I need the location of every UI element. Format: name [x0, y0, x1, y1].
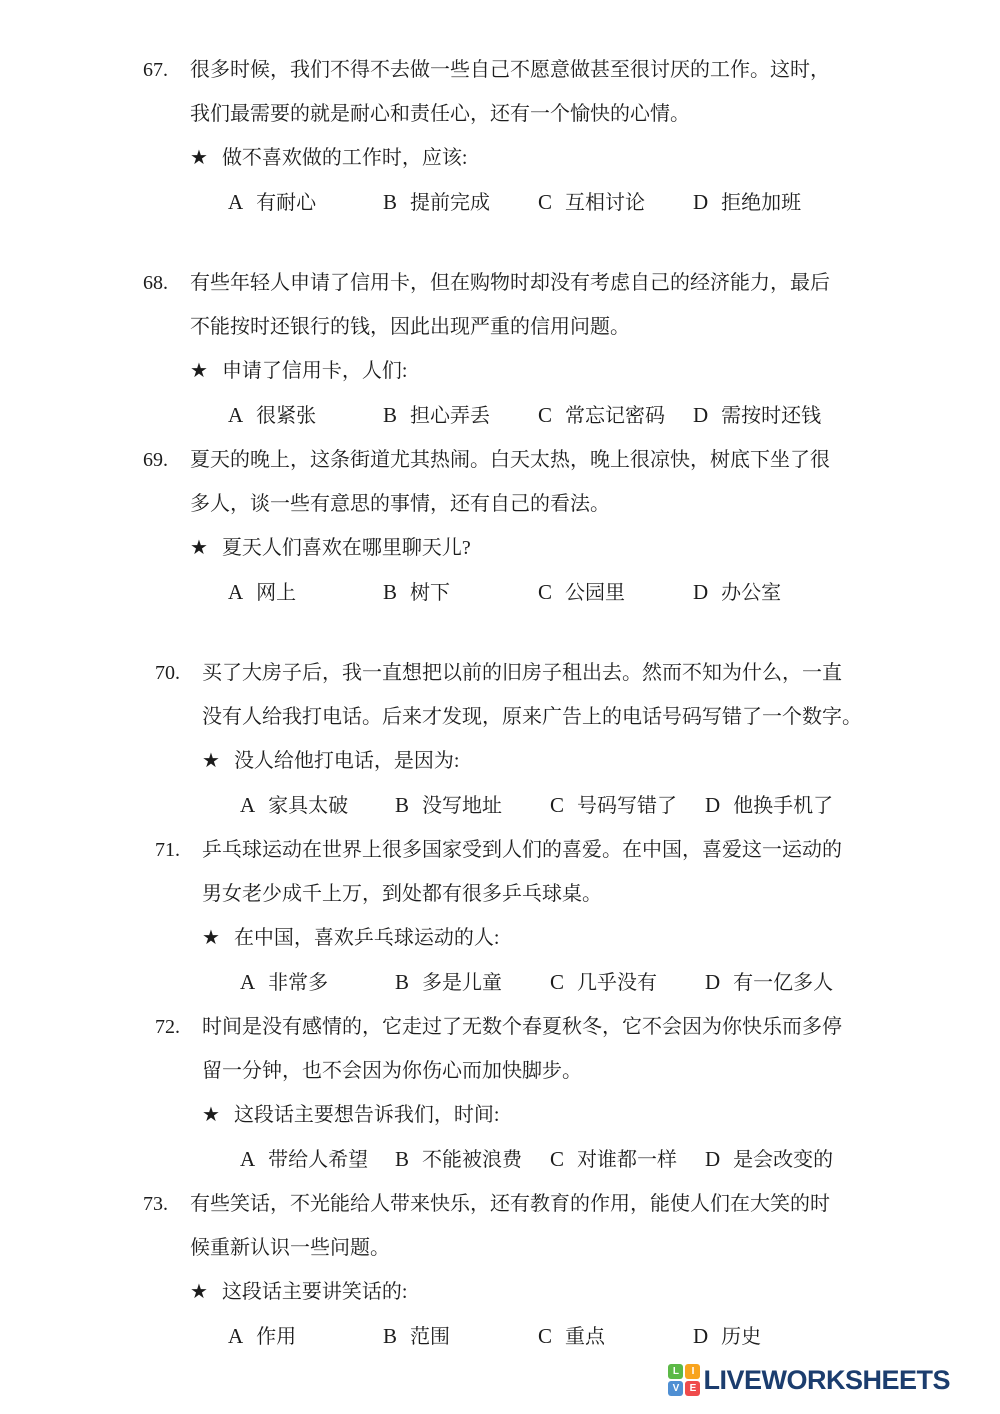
passage-line: 很多时候，我们不得不去做一些自己不愿意做甚至很讨厌的工作。这时，: [190, 48, 830, 92]
option-text: 网上: [256, 571, 296, 615]
question-number: 70.: [155, 651, 202, 695]
option-b[interactable]: B树下: [383, 570, 538, 615]
passage-line: 有些年轻人申请了信用卡，但在购物时却没有考虑自己的经济能力，最后: [190, 261, 830, 305]
star-icon: ★: [190, 1270, 208, 1314]
option-b[interactable]: B担心弄丢: [383, 393, 538, 438]
option-text: 对谁都一样: [577, 1138, 677, 1182]
option-c[interactable]: C重点: [538, 1314, 693, 1359]
passage-line: 不能按时还银行的钱，因此出现严重的信用问题。: [190, 316, 630, 338]
option-c[interactable]: C号码写错了: [550, 783, 705, 828]
question-prompt: 这段话主要想告诉我们，时间:: [234, 1093, 500, 1137]
option-letter: A: [240, 960, 255, 1004]
option-text: 号码写错了: [577, 784, 677, 828]
option-text: 非常多: [268, 961, 328, 1005]
star-icon: ★: [202, 1093, 220, 1137]
option-text: 多是儿童: [422, 961, 502, 1005]
options-row: A有耐心 B提前完成 C互相讨论 D拒绝加班: [143, 180, 940, 225]
option-a[interactable]: A很紧张: [228, 393, 383, 438]
option-b[interactable]: B提前完成: [383, 180, 538, 225]
option-letter: D: [705, 1137, 720, 1181]
option-letter: A: [228, 1314, 243, 1358]
option-text: 历史: [721, 1315, 761, 1359]
option-text: 他换手机了: [733, 784, 833, 828]
option-c[interactable]: C公园里: [538, 570, 693, 615]
option-text: 拒绝加班: [721, 181, 801, 225]
option-letter: C: [550, 960, 564, 1004]
question-72: 72. 时间是没有感情的，它走过了无数个春夏秋冬，它不会因为你快乐而多停 留一分…: [155, 1005, 940, 1182]
option-a[interactable]: A带给人希望: [240, 1137, 395, 1182]
passage-line: 夏天的晚上，这条街道尤其热闹。白天太热，晚上很凉快，树底下坐了很: [190, 438, 830, 482]
option-text: 重点: [565, 1315, 605, 1359]
option-letter: B: [395, 783, 409, 827]
option-a[interactable]: A有耐心: [228, 180, 383, 225]
passage-line: 时间是没有感情的，它走过了无数个春夏秋冬，它不会因为你快乐而多停: [202, 1005, 842, 1049]
liveworksheets-logo-text: LIVEWORKSHEETS: [703, 1365, 950, 1396]
option-text: 需按时还钱: [721, 394, 821, 438]
option-b[interactable]: B多是儿童: [395, 960, 550, 1005]
option-text: 不能被浪费: [422, 1138, 522, 1182]
option-text: 提前完成: [410, 181, 490, 225]
option-letter: A: [240, 783, 255, 827]
passage-line: 男女老少成千上万，到处都有很多乒乓球桌。: [202, 883, 602, 905]
option-d[interactable]: D拒绝加班: [693, 180, 801, 225]
option-c[interactable]: C几乎没有: [550, 960, 705, 1005]
question-73: 73. 有些笑话，不光能给人带来快乐，还有教育的作用，能使人们在大笑的时 候重新…: [143, 1182, 940, 1359]
star-icon: ★: [190, 136, 208, 180]
question-69: 69. 夏天的晚上，这条街道尤其热闹。白天太热，晚上很凉快，树底下坐了很 多人，…: [143, 438, 940, 615]
option-letter: D: [693, 1314, 708, 1358]
option-letter: C: [538, 570, 552, 614]
option-text: 范围: [410, 1315, 450, 1359]
option-c[interactable]: C互相讨论: [538, 180, 693, 225]
question-number: 69.: [143, 438, 190, 482]
question-prompt: 在中国，喜欢乒乓球运动的人:: [234, 916, 500, 960]
option-letter: C: [538, 1314, 552, 1358]
option-c[interactable]: C对谁都一样: [550, 1137, 705, 1182]
options-row: A网上 B树下 C公园里 D办公室: [143, 570, 940, 615]
option-text: 带给人希望: [268, 1138, 368, 1182]
option-letter: B: [395, 960, 409, 1004]
option-a[interactable]: A作用: [228, 1314, 383, 1359]
option-letter: B: [383, 1314, 397, 1358]
star-icon: ★: [190, 526, 208, 570]
option-text: 有耐心: [256, 181, 316, 225]
option-text: 没写地址: [422, 784, 502, 828]
passage-line: 我们最需要的就是耐心和责任心，还有一个愉快的心情。: [190, 103, 690, 125]
option-text: 常忘记密码: [565, 394, 665, 438]
question-prompt: 做不喜欢做的工作时，应该:: [222, 136, 468, 180]
logo-square-l: L: [668, 1364, 683, 1379]
option-letter: D: [693, 180, 708, 224]
option-d[interactable]: D有一亿多人: [705, 960, 833, 1005]
option-text: 有一亿多人: [733, 961, 833, 1005]
options-row: A作用 B范围 C重点 D历史: [143, 1314, 940, 1359]
option-letter: C: [538, 393, 552, 437]
question-number: 68.: [143, 261, 190, 305]
option-letter: B: [383, 393, 397, 437]
passage-line: 多人，谈一些有意思的事情，还有自己的看法。: [190, 493, 610, 515]
option-b[interactable]: B不能被浪费: [395, 1137, 550, 1182]
question-number: 72.: [155, 1005, 202, 1049]
options-row: A非常多 B多是儿童 C几乎没有 D有一亿多人: [155, 960, 940, 1005]
passage-line: 有些笑话，不光能给人带来快乐，还有教育的作用，能使人们在大笑的时: [190, 1182, 830, 1226]
option-letter: A: [240, 1137, 255, 1181]
option-letter: D: [693, 570, 708, 614]
worksheet-page: 67. 很多时候，我们不得不去做一些自己不愿意做甚至很讨厌的工作。这时， 我们最…: [0, 0, 1000, 1414]
option-letter: C: [550, 783, 564, 827]
options-row: A很紧张 B担心弄丢 C常忘记密码 D需按时还钱: [143, 393, 940, 438]
liveworksheets-logo-icon: L I V E: [668, 1364, 700, 1396]
questions-list: 67. 很多时候，我们不得不去做一些自己不愿意做甚至很讨厌的工作。这时， 我们最…: [0, 0, 1000, 1359]
option-a[interactable]: A家具太破: [240, 783, 395, 828]
option-a[interactable]: A非常多: [240, 960, 395, 1005]
option-a[interactable]: A网上: [228, 570, 383, 615]
question-prompt: 夏天人们喜欢在哪里聊天儿?: [222, 526, 471, 570]
liveworksheets-logo: L I V E LIVEWORKSHEETS: [668, 1364, 950, 1396]
option-b[interactable]: B没写地址: [395, 783, 550, 828]
option-letter: A: [228, 570, 243, 614]
option-b[interactable]: B范围: [383, 1314, 538, 1359]
option-text: 树下: [410, 571, 450, 615]
passage-line: 没有人给我打电话。后来才发现，原来广告上的电话号码写错了一个数字。: [202, 706, 862, 728]
star-icon: ★: [202, 916, 220, 960]
passage-line: 候重新认识一些问题。: [190, 1237, 390, 1259]
options-row: A家具太破 B没写地址 C号码写错了 D他换手机了: [155, 783, 940, 828]
option-text: 办公室: [721, 571, 781, 615]
option-letter: D: [693, 393, 708, 437]
option-letter: B: [383, 570, 397, 614]
question-67: 67. 很多时候，我们不得不去做一些自己不愿意做甚至很讨厌的工作。这时， 我们最…: [143, 48, 940, 225]
option-letter: C: [550, 1137, 564, 1181]
option-text: 公园里: [565, 571, 625, 615]
option-letter: A: [228, 393, 243, 437]
option-c[interactable]: C常忘记密码: [538, 393, 693, 438]
option-letter: B: [383, 180, 397, 224]
logo-square-e: E: [685, 1381, 700, 1396]
logo-square-v: V: [668, 1381, 683, 1396]
option-letter: D: [705, 960, 720, 1004]
option-letter: B: [395, 1137, 409, 1181]
question-number: 67.: [143, 48, 190, 92]
option-letter: A: [228, 180, 243, 224]
option-text: 作用: [256, 1315, 296, 1359]
option-letter: C: [538, 180, 552, 224]
passage-line: 买了大房子后，我一直想把以前的旧房子租出去。然而不知为什么，一直: [202, 651, 842, 695]
question-number: 73.: [143, 1182, 190, 1226]
option-letter: D: [705, 783, 720, 827]
option-d[interactable]: D需按时还钱: [693, 393, 821, 438]
option-d[interactable]: D是会改变的: [705, 1137, 833, 1182]
logo-square-i: I: [685, 1364, 700, 1379]
option-text: 很紧张: [256, 394, 316, 438]
question-68: 68. 有些年轻人申请了信用卡，但在购物时却没有考虑自己的经济能力，最后 不能按…: [143, 261, 940, 438]
option-d[interactable]: D办公室: [693, 570, 781, 615]
star-icon: ★: [202, 739, 220, 783]
option-text: 几乎没有: [577, 961, 657, 1005]
question-70: 70. 买了大房子后，我一直想把以前的旧房子租出去。然而不知为什么，一直 没有人…: [155, 651, 940, 828]
star-icon: ★: [190, 349, 208, 393]
option-text: 互相讨论: [565, 181, 645, 225]
question-prompt: 申请了信用卡，人们:: [222, 349, 408, 393]
options-row: A带给人希望 B不能被浪费 C对谁都一样 D是会改变的: [155, 1137, 940, 1182]
option-text: 家具太破: [268, 784, 348, 828]
question-prompt: 这段话主要讲笑话的:: [222, 1270, 408, 1314]
question-71: 71. 乒乓球运动在世界上很多国家受到人们的喜爱。在中国，喜爱这一运动的 男女老…: [155, 828, 940, 1005]
question-prompt: 没人给他打电话，是因为:: [234, 739, 460, 783]
passage-line: 乒乓球运动在世界上很多国家受到人们的喜爱。在中国，喜爱这一运动的: [202, 828, 842, 872]
option-d[interactable]: D历史: [693, 1314, 761, 1359]
option-text: 是会改变的: [733, 1138, 833, 1182]
option-d[interactable]: D他换手机了: [705, 783, 833, 828]
passage-line: 留一分钟，也不会因为你伤心而加快脚步。: [202, 1060, 582, 1082]
question-number: 71.: [155, 828, 202, 872]
option-text: 担心弄丢: [410, 394, 490, 438]
